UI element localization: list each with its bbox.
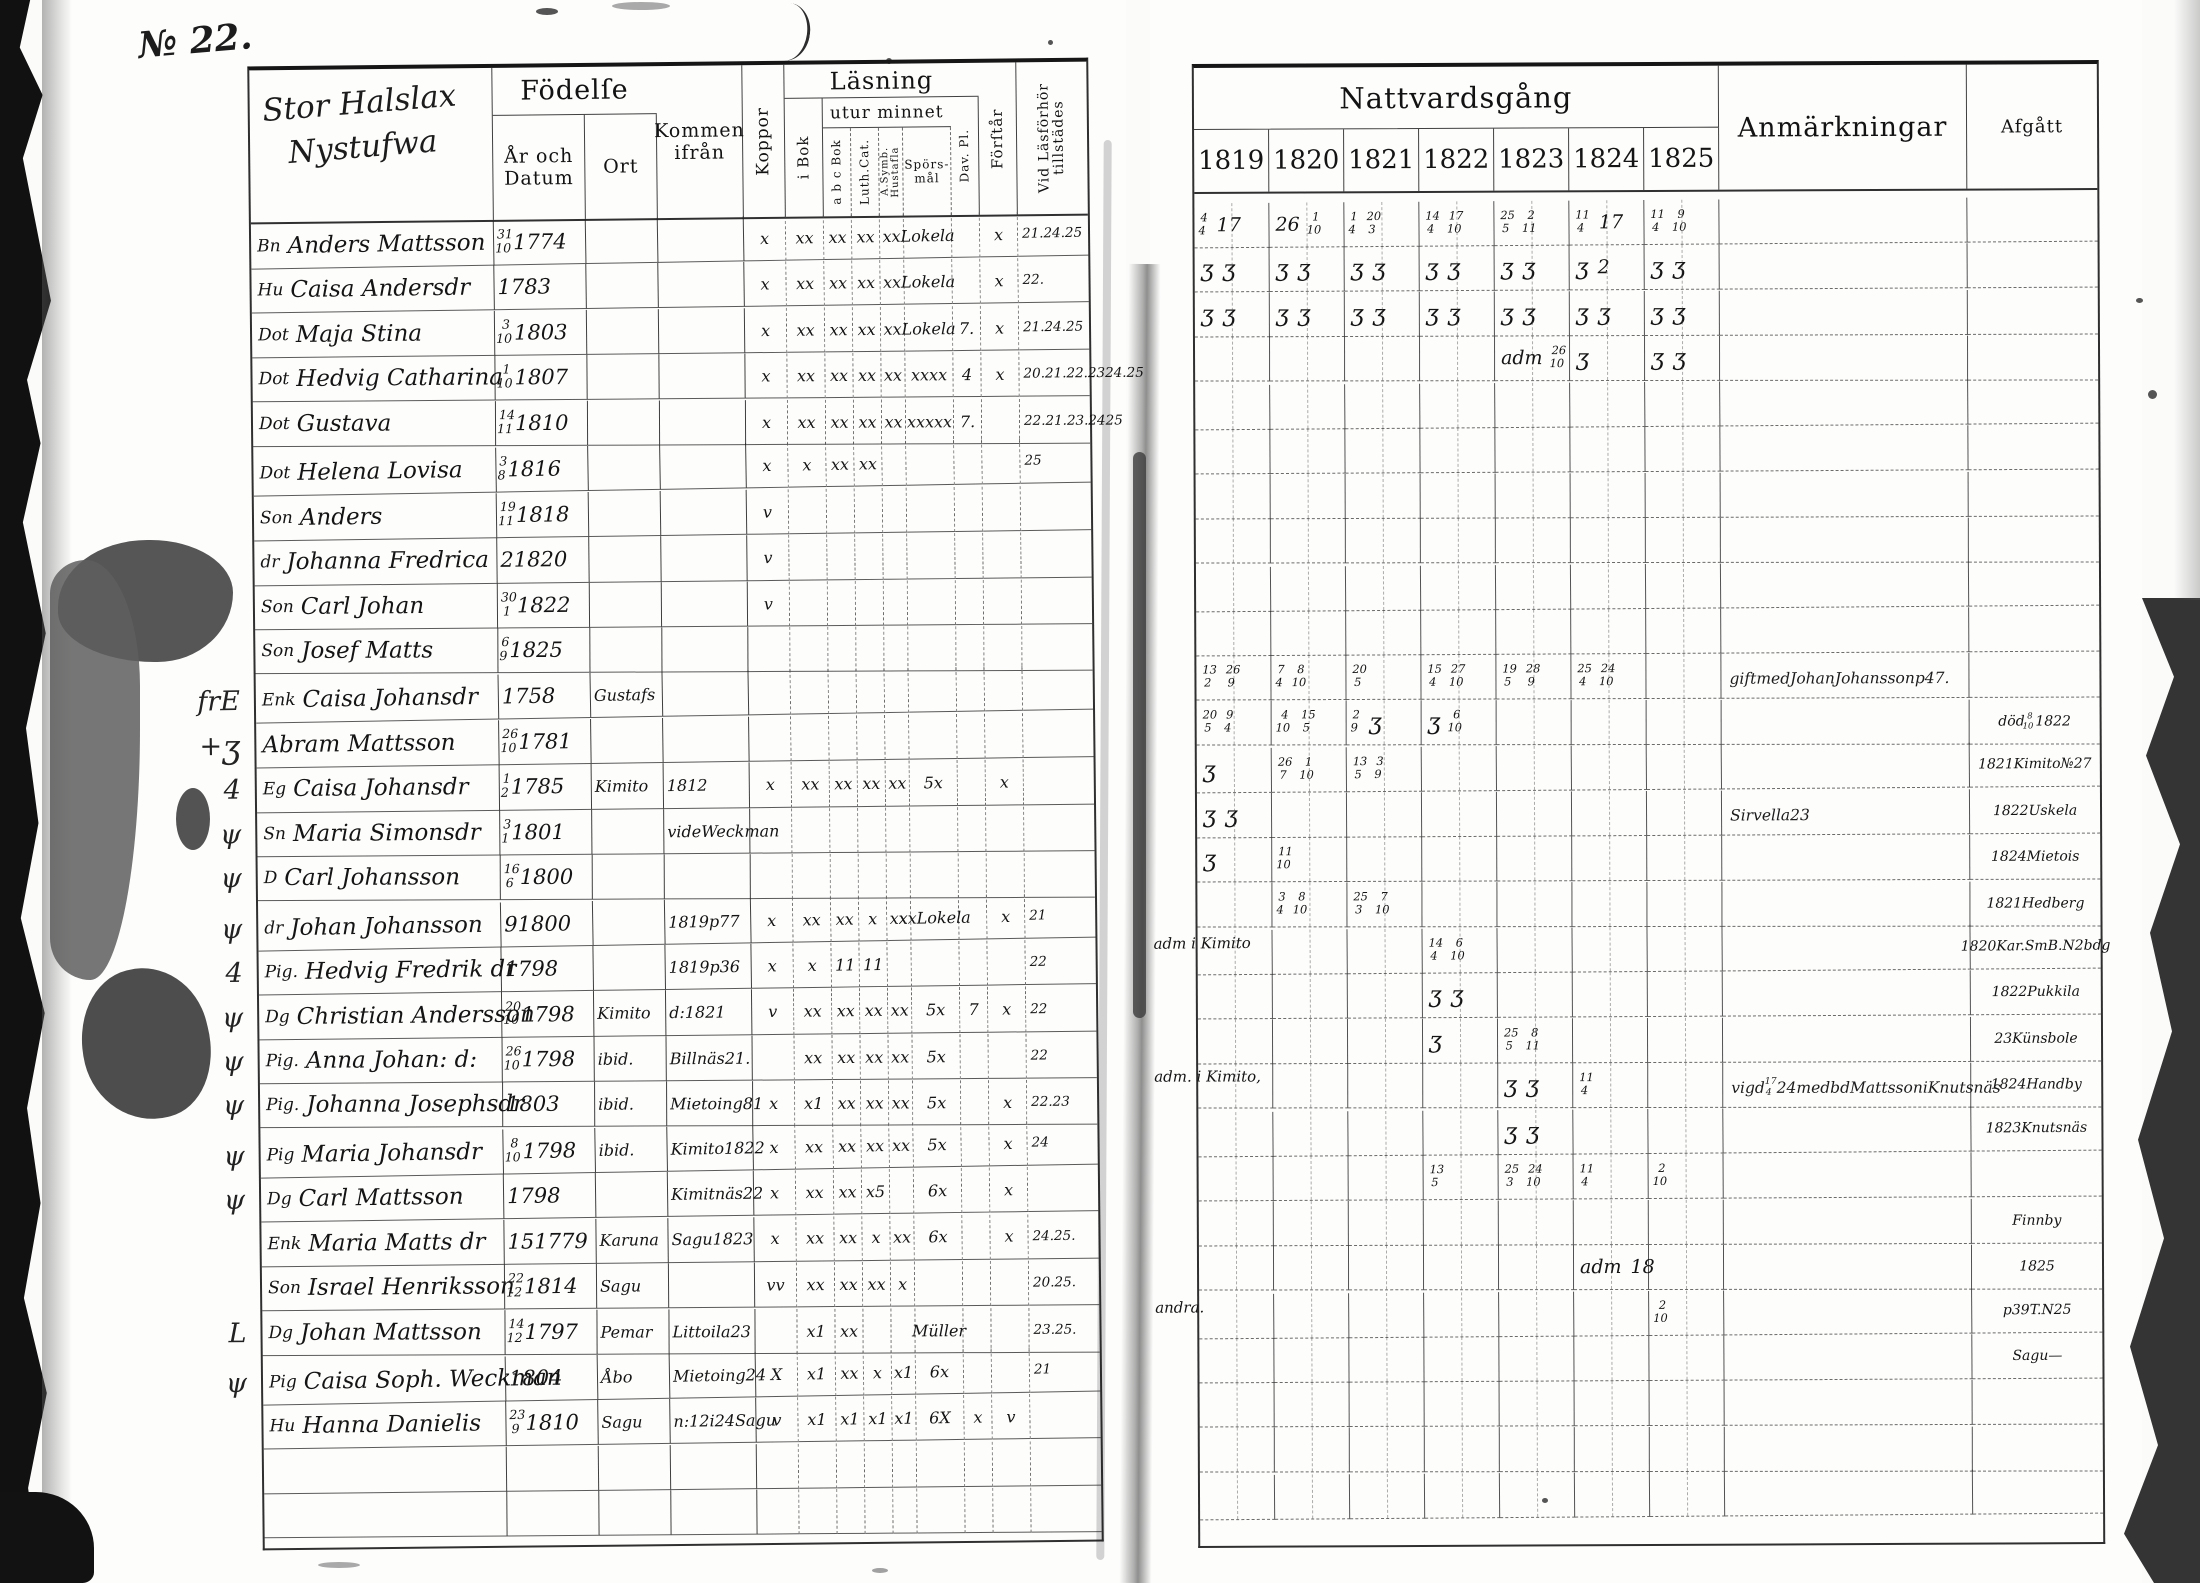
birth-place-cell [593,855,665,901]
communion-year-cell [1200,1383,1275,1429]
smallpox-cell [749,716,792,762]
film-edge-shading [42,0,72,1583]
reading-in-book-cell [799,1443,837,1489]
comprehension-cell: x [988,987,1026,1033]
reading-symbolum-cell [893,1442,917,1488]
birth-place-cell: Karuna [596,1218,668,1264]
communion-year-cell [1271,611,1346,657]
reading-abc-cell [828,580,856,626]
header-year: 1820 [1269,129,1344,191]
header-fodelse: Födelſe [492,66,656,116]
communion-year-cell [1646,609,1721,655]
communion-year-cell [1347,837,1422,883]
reading-abc-cell [830,808,858,854]
margin-mark: ψ [133,856,258,902]
smallpox-cell [748,670,791,716]
communion-year-cell: 34 810 [1272,882,1347,928]
communion-year-cell [1495,428,1570,474]
reading-abc-cell: xx [825,353,853,399]
margin-mark: L [137,1311,262,1357]
arrival-cell [660,400,746,446]
communion-year-cell: andra. [1199,1293,1274,1339]
communion-year-cell: 210 [1649,1154,1724,1200]
communion-year-cell [1497,836,1572,882]
header-ar-och-datum: År och Datum [493,115,586,220]
birth-place-cell [599,1445,671,1491]
communion-year-cell: ʒ ʒ [1645,291,1720,337]
communion-year-cell: ʒ ʒ [1195,292,1270,338]
departed-cell [1973,1426,2103,1472]
remarks-cell [1720,336,1968,382]
communion-year-cell [1571,564,1646,610]
reading-sporsmal-cell: Müller [915,1308,963,1354]
birth-place-cell: Åbo [598,1354,671,1401]
header-a-symb: A.Symb. Hustafla [879,128,904,216]
reading-symbolum-cell: x [891,1262,915,1308]
header-abc-bok: a b c Bok [823,128,852,216]
reading-abc-cell [827,488,856,534]
margin-mark [126,269,252,316]
attendance-cell [1022,665,1093,712]
reading-david-cell [962,1214,990,1260]
reading-sporsmal-cell [907,533,955,579]
communion-year-cell [1274,1338,1349,1384]
attendance-cell: 21 [1025,892,1096,939]
reading-catechism-cell [856,626,884,672]
smallpox-cell: x [746,443,789,489]
communion-year-cell [1497,746,1572,792]
attendance-cell [1030,1393,1101,1439]
communion-year-cell [1195,337,1270,383]
departed-cell: 1824 Mietois [1970,835,2100,881]
reading-in-book-cell: xx [787,353,825,399]
communion-year-cell [1271,474,1346,520]
communion-year-cell: 144 610 [1422,928,1497,974]
departed-cell [1968,243,2098,289]
communion-year-cell [1195,385,1270,431]
remarks-cell [1721,561,1969,608]
communion-year-cell [1200,1427,1275,1473]
name-cell [264,1447,507,1495]
header-spors-mal: Spörs- mål [903,127,952,215]
communion-year-cell [1345,383,1420,429]
communion-year-cell [1570,382,1645,428]
departed-cell [1968,378,2098,424]
reading-david-cell [960,1034,988,1080]
communion-year-cell: ʒ ʒ [1498,1109,1573,1155]
communion-year-cell [1275,1382,1350,1428]
birth-date-cell: 9 1800 [501,901,594,948]
birth-place-cell [592,809,664,855]
reading-abc-cell: xx [833,1123,862,1169]
record-row: adm 181825 [1199,1245,2102,1292]
birth-date-cell: 1804 [506,1355,599,1402]
comprehension-cell: v [992,1394,1031,1440]
reading-sporsmal-cell [908,580,956,626]
communion-year-cell [1425,1382,1500,1428]
reading-in-book-cell: x1 [795,1081,833,1127]
arrival-cell [665,854,751,900]
reading-abc-cell: xx [834,1216,862,1262]
reading-catechism-cell: xx [860,988,888,1034]
communion-year-cell [1500,1473,1575,1519]
birth-place-cell [589,536,661,582]
communion-year-cell [1420,337,1495,383]
communion-year-cell [1572,836,1647,882]
header-i-bok: i Bok [785,98,824,216]
birth-date-cell: 2610 1798 [503,1037,595,1083]
record-row: ʒ255 81123 Künsbole [1198,1016,2101,1064]
reading-in-book-cell: xx [786,261,825,307]
margin-mark: ψ [133,906,259,954]
attendance-cell: 22 [1025,939,1096,985]
record-row: ʒ ʒʒ ʒʒ ʒʒ ʒʒ ʒʒ 2ʒ ʒ [1195,243,2098,293]
communion-year-cell [1496,609,1571,655]
header-utur-minnet: utur minnet [823,97,951,128]
communion-year-cell [1424,1245,1499,1291]
name-cell: EgCaisa Johansdr [257,765,500,813]
communion-year-cell: 135 [1424,1155,1499,1201]
reading-abc-cell: xx [832,989,860,1035]
smallpox-cell: x [745,308,787,354]
birth-place-cell: Kimito [592,763,664,809]
smallpox-cell: v [747,489,790,535]
attendance-cell: 21 [1030,1347,1101,1394]
departed-cell: Sagu — [1972,1333,2102,1379]
margin-mark [128,402,253,448]
arrival-cell: d: 1821 [666,990,752,1036]
departed-cell: p 39 T. N 25 [1972,1287,2102,1333]
attendance-cell: 22 [1026,986,1096,1032]
reading-david-cell [957,713,986,759]
reading-in-book-cell: xx [797,1262,835,1308]
reading-abc-cell: xx [826,399,854,445]
communion-year-cell [1571,609,1646,655]
reading-catechism-cell: xx [852,260,881,306]
communion-year-cell: ʒ [1197,748,1272,794]
reading-david-cell [956,579,984,625]
communion-year-cell [1424,1292,1499,1338]
communion-year-cell [1571,473,1646,519]
name-cell: HuHanna Danielis [263,1402,507,1451]
communion-year-cell: 205 [1346,655,1421,701]
communion-year-cell: ʒ [1570,336,1645,382]
remarks-cell [1722,925,1970,972]
arrival-cell [660,444,747,491]
record-row: andra.210p 39 T. N 25 [1199,1287,2102,1339]
comprehension-cell [993,1488,1031,1534]
birth-date-cell: 301 1822 [498,582,590,628]
arrival-cell [658,262,745,309]
communion-year-cell: 1110 [1272,837,1347,883]
communion-year-cell [1421,473,1496,519]
attendance-cell [1025,853,1095,899]
reading-sporsmal-cell: Lokela [905,306,953,352]
comprehension-cell [983,532,1021,578]
communion-year-cell [1271,566,1346,612]
departed-cell: 1821 Kimito № 27 [1970,742,2100,788]
header-year: 1825 [1644,128,1719,190]
communion-year-cell: 132 269 [1196,656,1271,702]
remarks-cell [1722,743,1970,790]
communion-year-cell [1198,1112,1273,1158]
reading-symbolum-cell [883,487,908,533]
reading-in-book-cell: xx [796,1216,834,1262]
right-table-rows: 44 1726 11014 203144 1710255 211114 1711… [1194,198,2103,1520]
remarks-cell [1723,971,1971,1018]
reading-in-book-cell: xx [796,1170,835,1216]
reading-catechism-cell [856,668,885,714]
communion-year-cell [1648,972,1723,1018]
communion-year-cell [1573,972,1648,1018]
reading-symbolum-cell [890,1169,915,1215]
reading-david-cell: 7 [960,987,988,1033]
smallpox-cell: x [750,762,792,808]
reading-symbolum-cell [882,441,907,487]
record-row [139,1487,1101,1539]
name-cell: DotHedvig Catharina [252,356,495,403]
name-cell: Abram Mattsson [256,720,500,769]
remarks-cell [1725,1380,1973,1426]
reading-catechism-cell: x1 [864,1396,893,1442]
record-row: 135253 2410114210 [1199,1152,2102,1202]
reading-abc-cell [831,854,859,900]
birth-place-cell [599,1490,671,1536]
remarks-cell [1719,198,1967,245]
birth-date-cell: 310 1803 [495,310,587,356]
communion-year-cell: 144 1710 [1419,201,1494,247]
reading-david-cell [959,853,987,899]
communion-year-cell [1425,1427,1500,1473]
birth-place-cell: Sagu [597,1263,669,1309]
reading-in-book-cell: xx [795,1124,834,1170]
communion-year-cell [1420,383,1495,429]
communion-year-cell [1200,1475,1275,1521]
birth-place-cell: ibid. [595,1036,667,1082]
birth-place-cell: Kimito [594,991,666,1037]
reading-symbolum-cell [883,534,907,580]
communion-year-cell [1420,428,1495,474]
reading-david-cell [959,894,988,940]
smallpox-cell: v [747,535,789,581]
attendance-cell: 20.21.22.23 24.25 [1019,351,1089,397]
attendance-cell [1023,712,1094,758]
communion-year-cell [1274,1201,1349,1247]
reading-symbolum-cell [885,714,910,760]
arrival-cell: Mietoing 24 [670,1352,757,1399]
communion-year-cell [1648,1108,1723,1154]
reading-sporsmal-cell: xxxx [905,352,953,398]
attendance-cell: 24 [1027,1119,1098,1166]
communion-year-cell [1572,927,1647,973]
reading-catechism-cell: xx [854,399,882,445]
comprehension-cell [984,579,1022,625]
communion-year-cell [1572,791,1647,837]
reading-catechism-cell [858,807,886,853]
attendance-cell [1031,1440,1101,1486]
reading-in-book-cell: xx [794,989,832,1035]
remarks-cell [1720,244,1968,291]
name-cell: DgJohan Mattsson [262,1310,505,1356]
remarks-cell [1722,835,1970,881]
comprehension-cell: x [980,259,1019,305]
birth-place-cell [586,263,659,309]
reading-abc-cell: x1 [836,1397,865,1443]
record-row: ʒ ʒ1822 Pukkila [1198,970,2101,1020]
margin-mark [130,629,255,675]
communion-year-cell [1196,566,1271,612]
margin-mark [137,1266,262,1312]
record-row: SonCarl Johan301 1822v [130,579,1092,631]
communion-year-cell [1349,1337,1424,1383]
departed-cell [1968,425,2098,471]
reading-sporsmal-cell: Lokela [904,259,953,305]
name-cell: DotMaja Stina [252,311,495,359]
communion-year-cell [1499,1200,1574,1246]
reading-catechism-cell: xx [858,761,886,807]
record-row: 34 810253 7101821 Hedberg [1197,881,2100,928]
reading-catechism-cell: x [862,1215,890,1261]
header-year: 1822 [1419,129,1494,191]
communion-year-cell: ʒ ʒ [1270,247,1345,293]
communion-year-cell: 114 [1574,1154,1649,1200]
comprehension-cell [991,1307,1029,1353]
communion-year-cell [1649,1245,1724,1291]
birth-date-cell: 38 1816 [496,446,589,493]
communion-year-cell [1499,1291,1574,1337]
reading-catechism-cell: xx [863,1262,891,1308]
arrival-cell [669,1263,755,1309]
name-cell: BnAnders Mattsson [251,221,495,271]
communion-year-cell [1270,384,1345,430]
communion-year-cell: 410 155 [1272,700,1347,746]
birth-date-cell [507,1491,599,1537]
communion-year-cell [1422,882,1497,928]
reading-abc-cell [829,715,858,761]
name-cell: drJohanna Fredrica [254,538,497,586]
comprehension-cell: x [990,1167,1029,1213]
record-row: ψPig.Anna Johan: d:2610 1798ibid.Billnäs… [135,1033,1097,1085]
communion-year-cell [1274,1293,1349,1339]
margin-mark [129,540,254,587]
header-luth-cat: Luth.Cat. [851,128,880,216]
smallpox-cell: x [751,897,794,943]
attendance-cell [1024,806,1094,852]
reading-david-cell [958,807,986,853]
margin-mark [126,225,252,273]
reading-sporsmal-cell [907,487,956,533]
arrival-cell [662,627,748,673]
header-year: 1823 [1494,128,1569,190]
communion-year-cell [1423,1063,1498,1109]
communion-year-cell [1574,1200,1649,1246]
arrival-cell [661,489,748,536]
communion-year-cell: 14 203 [1344,202,1419,248]
communion-year-cell [1275,1427,1350,1473]
communion-year-cell [1350,1382,1425,1428]
communion-year-cell [1270,337,1345,383]
birth-date-cell: 2610 1781 [499,719,592,766]
reading-in-book-cell: x 1 [797,1308,835,1354]
departed-cell: 23 Künsbole [1971,1016,2101,1062]
reading-abc-cell: xx [826,442,855,488]
reading-abc-cell: 11 [831,942,860,988]
communion-year-cell [1496,518,1571,564]
attendance-cell: 20.25. [1029,1260,1099,1306]
reading-sporsmal-cell [917,1488,965,1534]
communion-year-cell [1424,1337,1499,1383]
smallpox-cell: v [756,1398,799,1444]
margin-mark: 4 [133,950,259,997]
reading-sporsmal-cell: 6x [914,1168,963,1214]
communion-year-cell [1645,381,1720,427]
communion-year-cell [1425,1473,1500,1519]
smallpox-cell: X [756,1352,799,1398]
communion-year-cell [1421,565,1496,611]
comprehension-cell [992,1348,1031,1394]
arrival-cell [661,535,747,581]
reading-sporsmal-cell: 6X [916,1395,965,1441]
name-cell: EnkCaisa Johansdr [256,675,500,725]
communion-year-cell [1500,1427,1575,1473]
communion-year-cell: 254 2410 [1571,654,1646,700]
arrival-cell [659,354,745,400]
departed-cell: 1820 Kar. Sm B. N 2 bdg [1970,924,2100,970]
communion-year-cell [1499,1245,1574,1291]
departed-cell [1969,606,2099,652]
communion-year-cell [1348,974,1423,1020]
communion-year-cell [1350,1474,1425,1520]
remarks-cell: Sirvella 23 [1722,789,1970,836]
margin-mark [136,1222,261,1269]
remarks-cell [1722,699,1970,745]
reading-david-cell [958,760,986,806]
communion-year-cell: 253 710 [1347,882,1422,928]
reading-symbolum-cell [887,854,911,900]
communion-year-cell: adm 18 [1574,1245,1649,1291]
reading-sporsmal-cell [911,853,959,899]
arrival-cell [662,581,748,627]
communion-year-cell [1647,700,1722,746]
remarks-cell: gift med Johan Johansson p 47. [1721,653,1969,699]
reading-catechism-cell: xx [853,353,881,399]
reading-in-book-cell [790,627,828,673]
communion-year-cell [1421,610,1496,656]
margin-mark: 4 [132,768,257,815]
reading-catechism-cell: xx [852,214,881,260]
smallpox-cell [750,808,792,854]
communion-year-cell: 210 [1649,1290,1724,1336]
reading-symbolum-cell: xx [888,1034,912,1080]
communion-year-cell [1346,473,1421,519]
comprehension-cell [991,1261,1029,1307]
reading-catechism-cell [865,1489,893,1535]
reading-sporsmal-cell: 6x [914,1215,962,1261]
reading-abc-cell: xx [834,1169,863,1215]
arrival-cell: Kimito 1822 [667,1125,754,1172]
birth-place-cell [587,355,659,401]
reading-sporsmal-cell [908,667,957,713]
birth-place-cell [590,627,662,673]
comprehension-cell [984,626,1022,672]
reading-abc-cell: xx [831,896,860,942]
header-dav-pl: Dav. Pl. [951,97,980,215]
reading-catechism-cell: xx [860,1035,888,1081]
reading-david-cell: 7. [953,306,981,352]
record-row: 132 26974 810205154 2710195 289254 2410g… [1196,653,2099,701]
communion-year-cell [1270,429,1345,475]
reading-in-book-cell: xx [793,897,832,943]
